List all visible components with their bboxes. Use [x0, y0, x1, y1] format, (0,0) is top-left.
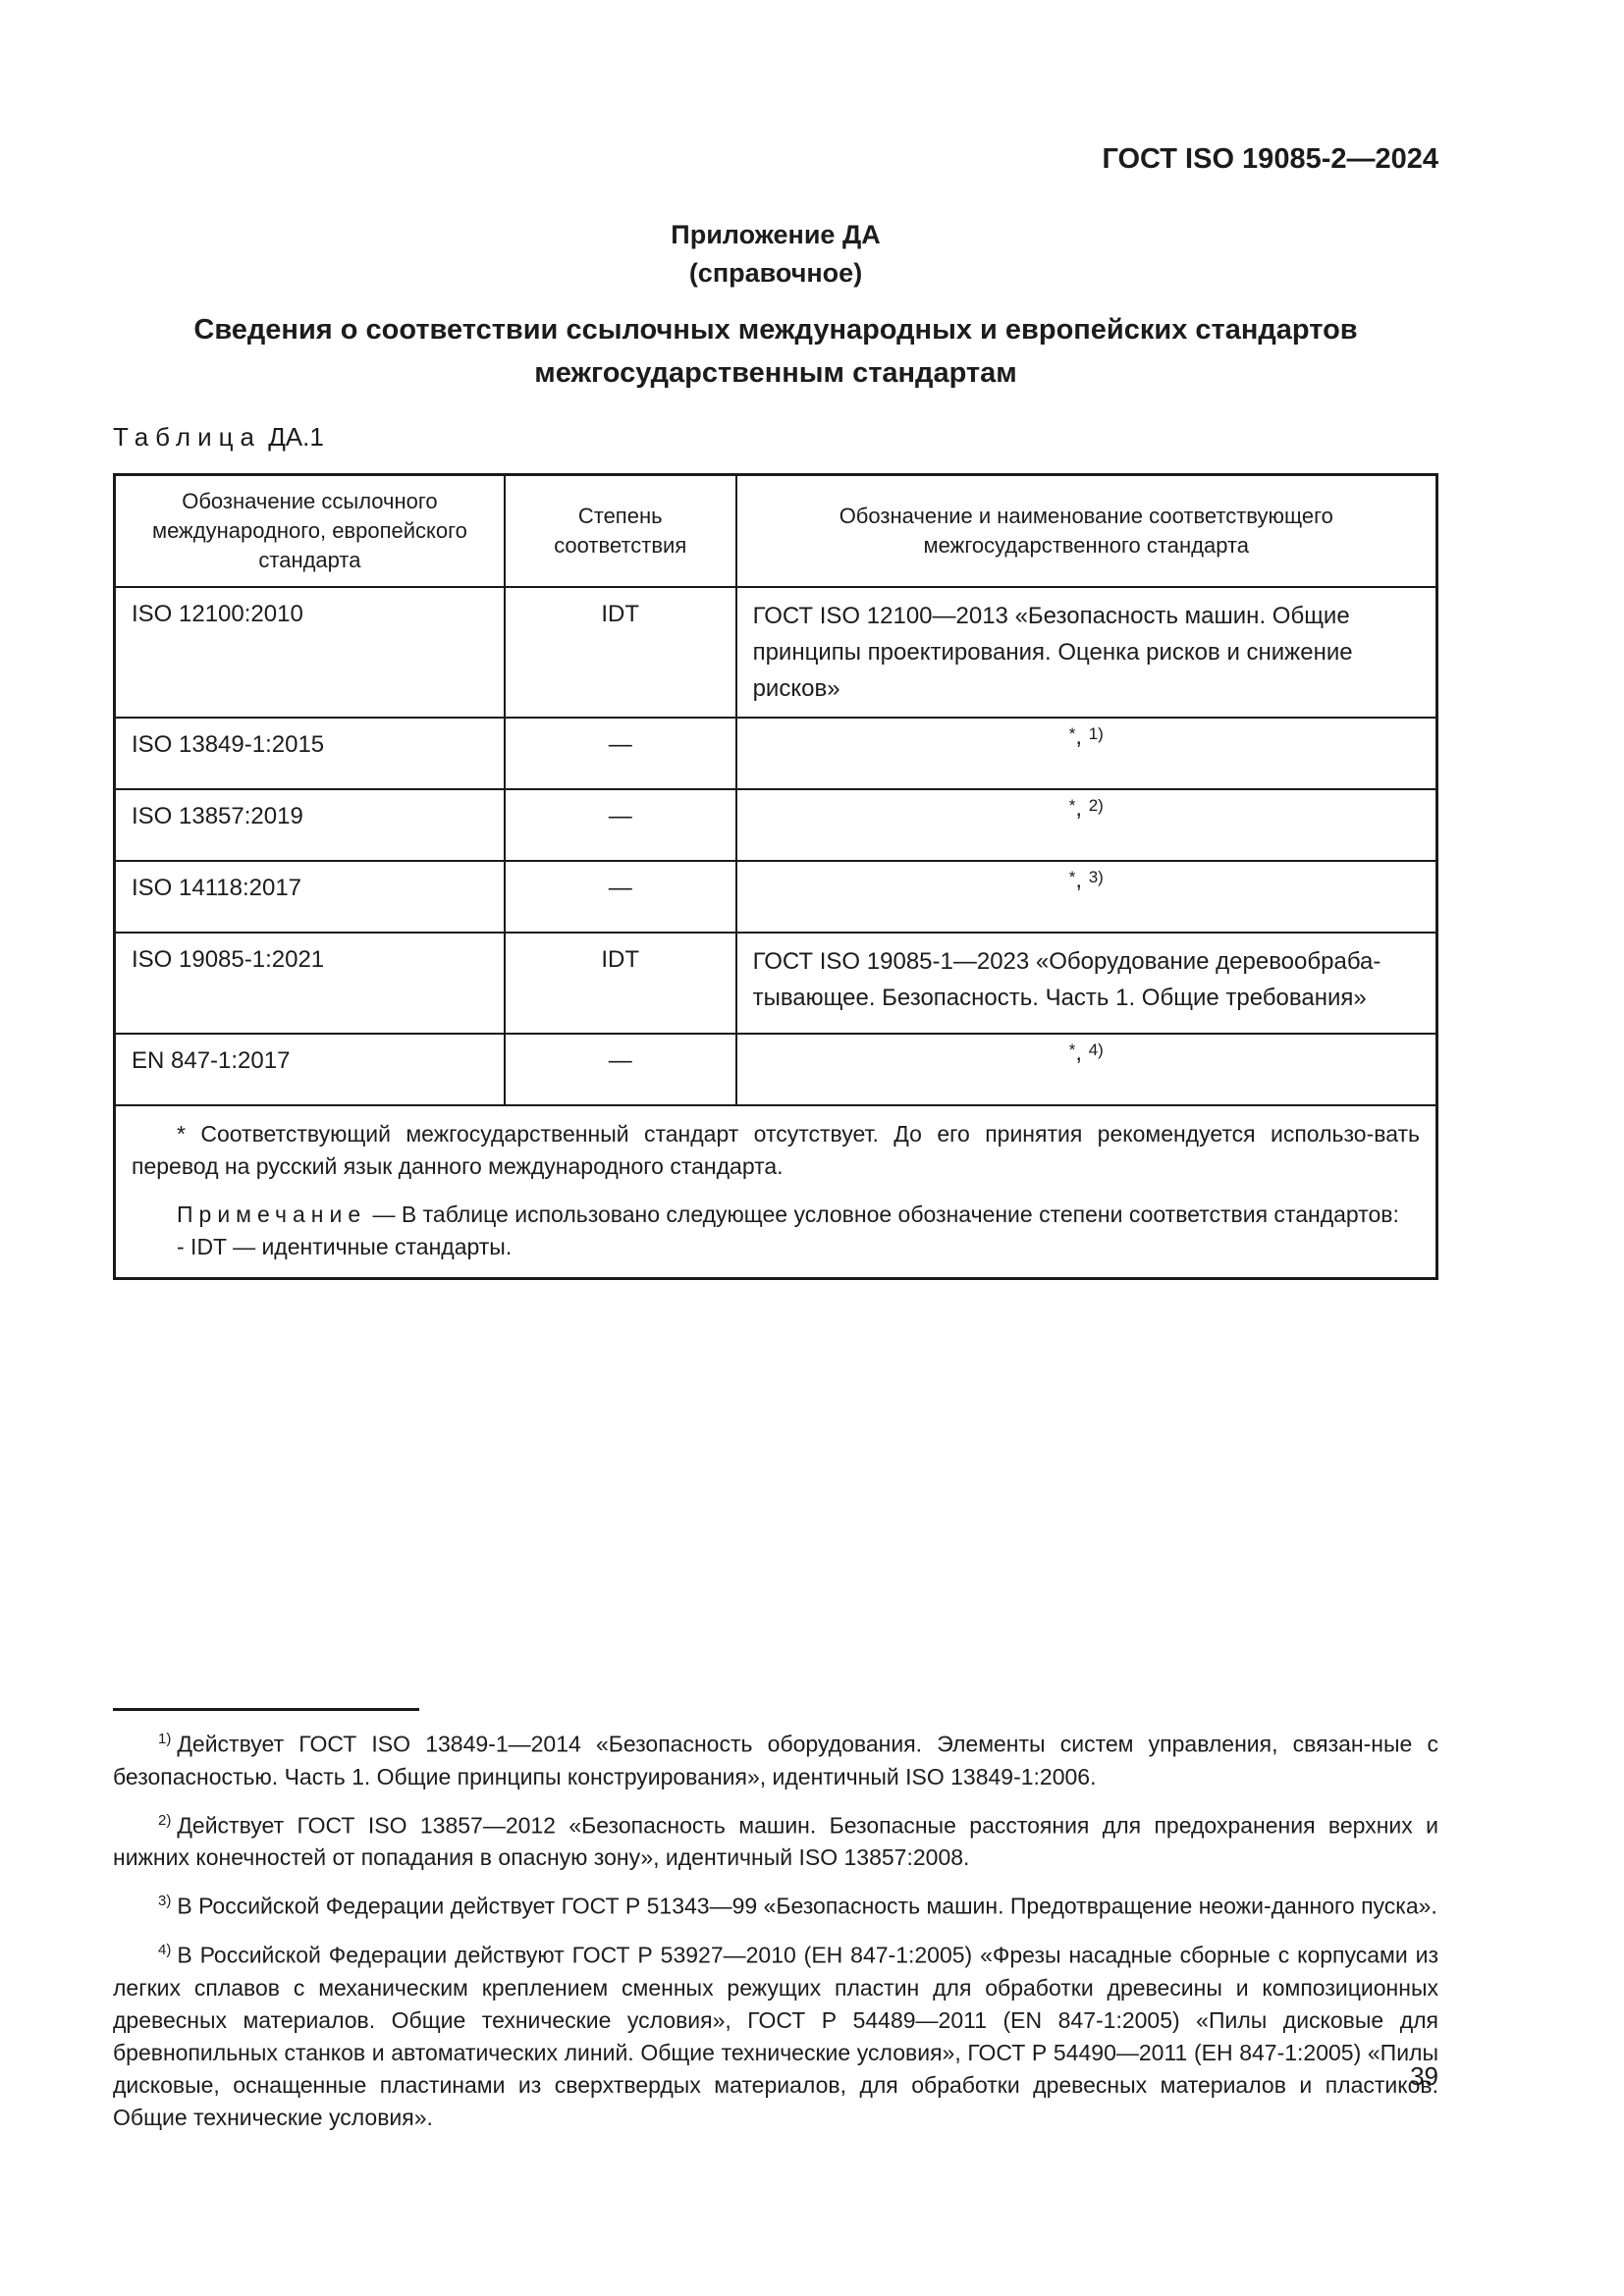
marker-star: *	[1069, 868, 1076, 886]
table-caption: Таблица ДА.1	[113, 422, 1438, 453]
table-row: ISO 19085-1:2021 IDT ГОСТ ISO 19085-1—20…	[115, 933, 1437, 1034]
section-heading: Сведения о соответствии ссылочных междун…	[113, 308, 1438, 395]
column-header-reference: Обозначение ссылочного международного, е…	[115, 475, 505, 588]
table-footer-cell: * Соответствующий межгосударственный ста…	[115, 1105, 1437, 1279]
footnote: 3)В Российской Федерации действует ГОСТ …	[113, 1885, 1438, 1923]
footnote: 1)Действует ГОСТ ISO 13849-1—2014 «Безоп…	[113, 1723, 1438, 1793]
cell-degree: —	[505, 1034, 736, 1105]
footnote-text: Действует ГОСТ ISO 13857—2012 «Безопасно…	[113, 1812, 1438, 1870]
footnote-number: 1)	[158, 1731, 171, 1747]
cell-reference: ISO 12100:2010	[115, 587, 505, 718]
note-label: Примечание	[177, 1201, 366, 1227]
table-row: ISO 14118:2017 — *, 3)	[115, 861, 1437, 933]
cell-degree: —	[505, 789, 736, 861]
cell-footnote-marker: *, 1)	[736, 718, 1437, 789]
cell-footnote-marker: *, 3)	[736, 861, 1437, 933]
cell-reference: ISO 14118:2017	[115, 861, 505, 933]
cell-degree: —	[505, 861, 736, 933]
column-header-match: Обозначение и наименование соответствующ…	[736, 475, 1437, 588]
appendix-subtitle: (справочное)	[113, 254, 1438, 293]
marker-num: 1)	[1089, 724, 1104, 743]
star-footnote: * Соответствующий межгосударственный ста…	[132, 1118, 1420, 1183]
table-row: ISO 12100:2010 IDT ГОСТ ISO 12100—2013 «…	[115, 587, 1437, 718]
cell-degree: IDT	[505, 933, 736, 1034]
cell-match: ГОСТ ISO 12100—2013 «Безопасность машин.…	[736, 587, 1437, 718]
cell-reference: ISO 19085-1:2021	[115, 933, 505, 1034]
column-header-degree: Степень соответствия	[505, 475, 736, 588]
marker-sep: ,	[1075, 1040, 1088, 1066]
table-caption-word: Таблица	[113, 422, 261, 452]
marker-num: 4)	[1089, 1041, 1104, 1059]
note-text: В таблице использовано следующее условно…	[402, 1201, 1399, 1227]
footnote: 4)В Российской Федерации действуют ГОСТ …	[113, 1934, 1438, 2134]
footnote-number: 4)	[158, 1942, 171, 1958]
appendix-title: Приложение ДА	[113, 216, 1438, 254]
cell-degree: —	[505, 718, 736, 789]
footnote-text: Действует ГОСТ ISO 13849-1—2014 «Безопас…	[113, 1732, 1438, 1789]
cell-reference: ISO 13849-1:2015	[115, 718, 505, 789]
section-heading-line2: межгосударственным стандартам	[113, 351, 1438, 395]
table-row: EN 847-1:2017 — *, 4)	[115, 1034, 1437, 1105]
doc-number: ГОСТ ISO 19085-2—2024	[113, 143, 1438, 176]
correspondence-table: Обозначение ссылочного международного, е…	[113, 473, 1438, 1280]
marker-num: 2)	[1089, 796, 1104, 815]
footnote-number: 2)	[158, 1812, 171, 1829]
footnote-number: 3)	[158, 1893, 171, 1909]
document-page: ГОСТ ISO 19085-2—2024 Приложение ДА (спр…	[0, 0, 1624, 2296]
appendix-title-block: Приложение ДА (справочное)	[113, 216, 1438, 293]
cell-footnote-marker: *, 2)	[736, 789, 1437, 861]
marker-star: *	[1069, 1041, 1076, 1059]
table-footer-row: * Соответствующий межгосударственный ста…	[115, 1105, 1437, 1279]
marker-sep: ,	[1075, 867, 1088, 893]
table-row: ISO 13857:2019 — *, 2)	[115, 789, 1437, 861]
cell-footnote-marker: *, 4)	[736, 1034, 1437, 1105]
marker-num: 3)	[1089, 868, 1104, 886]
marker-star: *	[1069, 724, 1076, 743]
footnote-divider	[113, 1708, 419, 1711]
note-item: - IDT — идентичные стандарты.	[132, 1231, 1420, 1263]
table-row: ISO 13849-1:2015 — *, 1)	[115, 718, 1437, 789]
table-header-row: Обозначение ссылочного международного, е…	[115, 475, 1437, 588]
footnote-text: В Российской Федерации действует ГОСТ Р …	[177, 1894, 1436, 1919]
table-note: Примечание — В таблице использовано след…	[132, 1199, 1420, 1231]
footnote: 2)Действует ГОСТ ISO 13857—2012 «Безопас…	[113, 1804, 1438, 1875]
section-heading-line1: Сведения о соответствии ссылочных междун…	[113, 308, 1438, 351]
footnote-text: В Российской Федерации действуют ГОСТ Р …	[113, 1943, 1438, 2130]
marker-star: *	[1069, 796, 1076, 815]
cell-match: ГОСТ ISO 19085-1—2023 «Оборудование дере…	[736, 933, 1437, 1034]
cell-reference: ISO 13857:2019	[115, 789, 505, 861]
cell-degree: IDT	[505, 587, 736, 718]
table-caption-number: ДА.1	[268, 422, 324, 452]
marker-sep: ,	[1075, 723, 1088, 750]
cell-reference: EN 847-1:2017	[115, 1034, 505, 1105]
note-dash: —	[373, 1201, 396, 1227]
page-number: 39	[113, 2061, 1438, 2092]
marker-sep: ,	[1075, 795, 1088, 822]
